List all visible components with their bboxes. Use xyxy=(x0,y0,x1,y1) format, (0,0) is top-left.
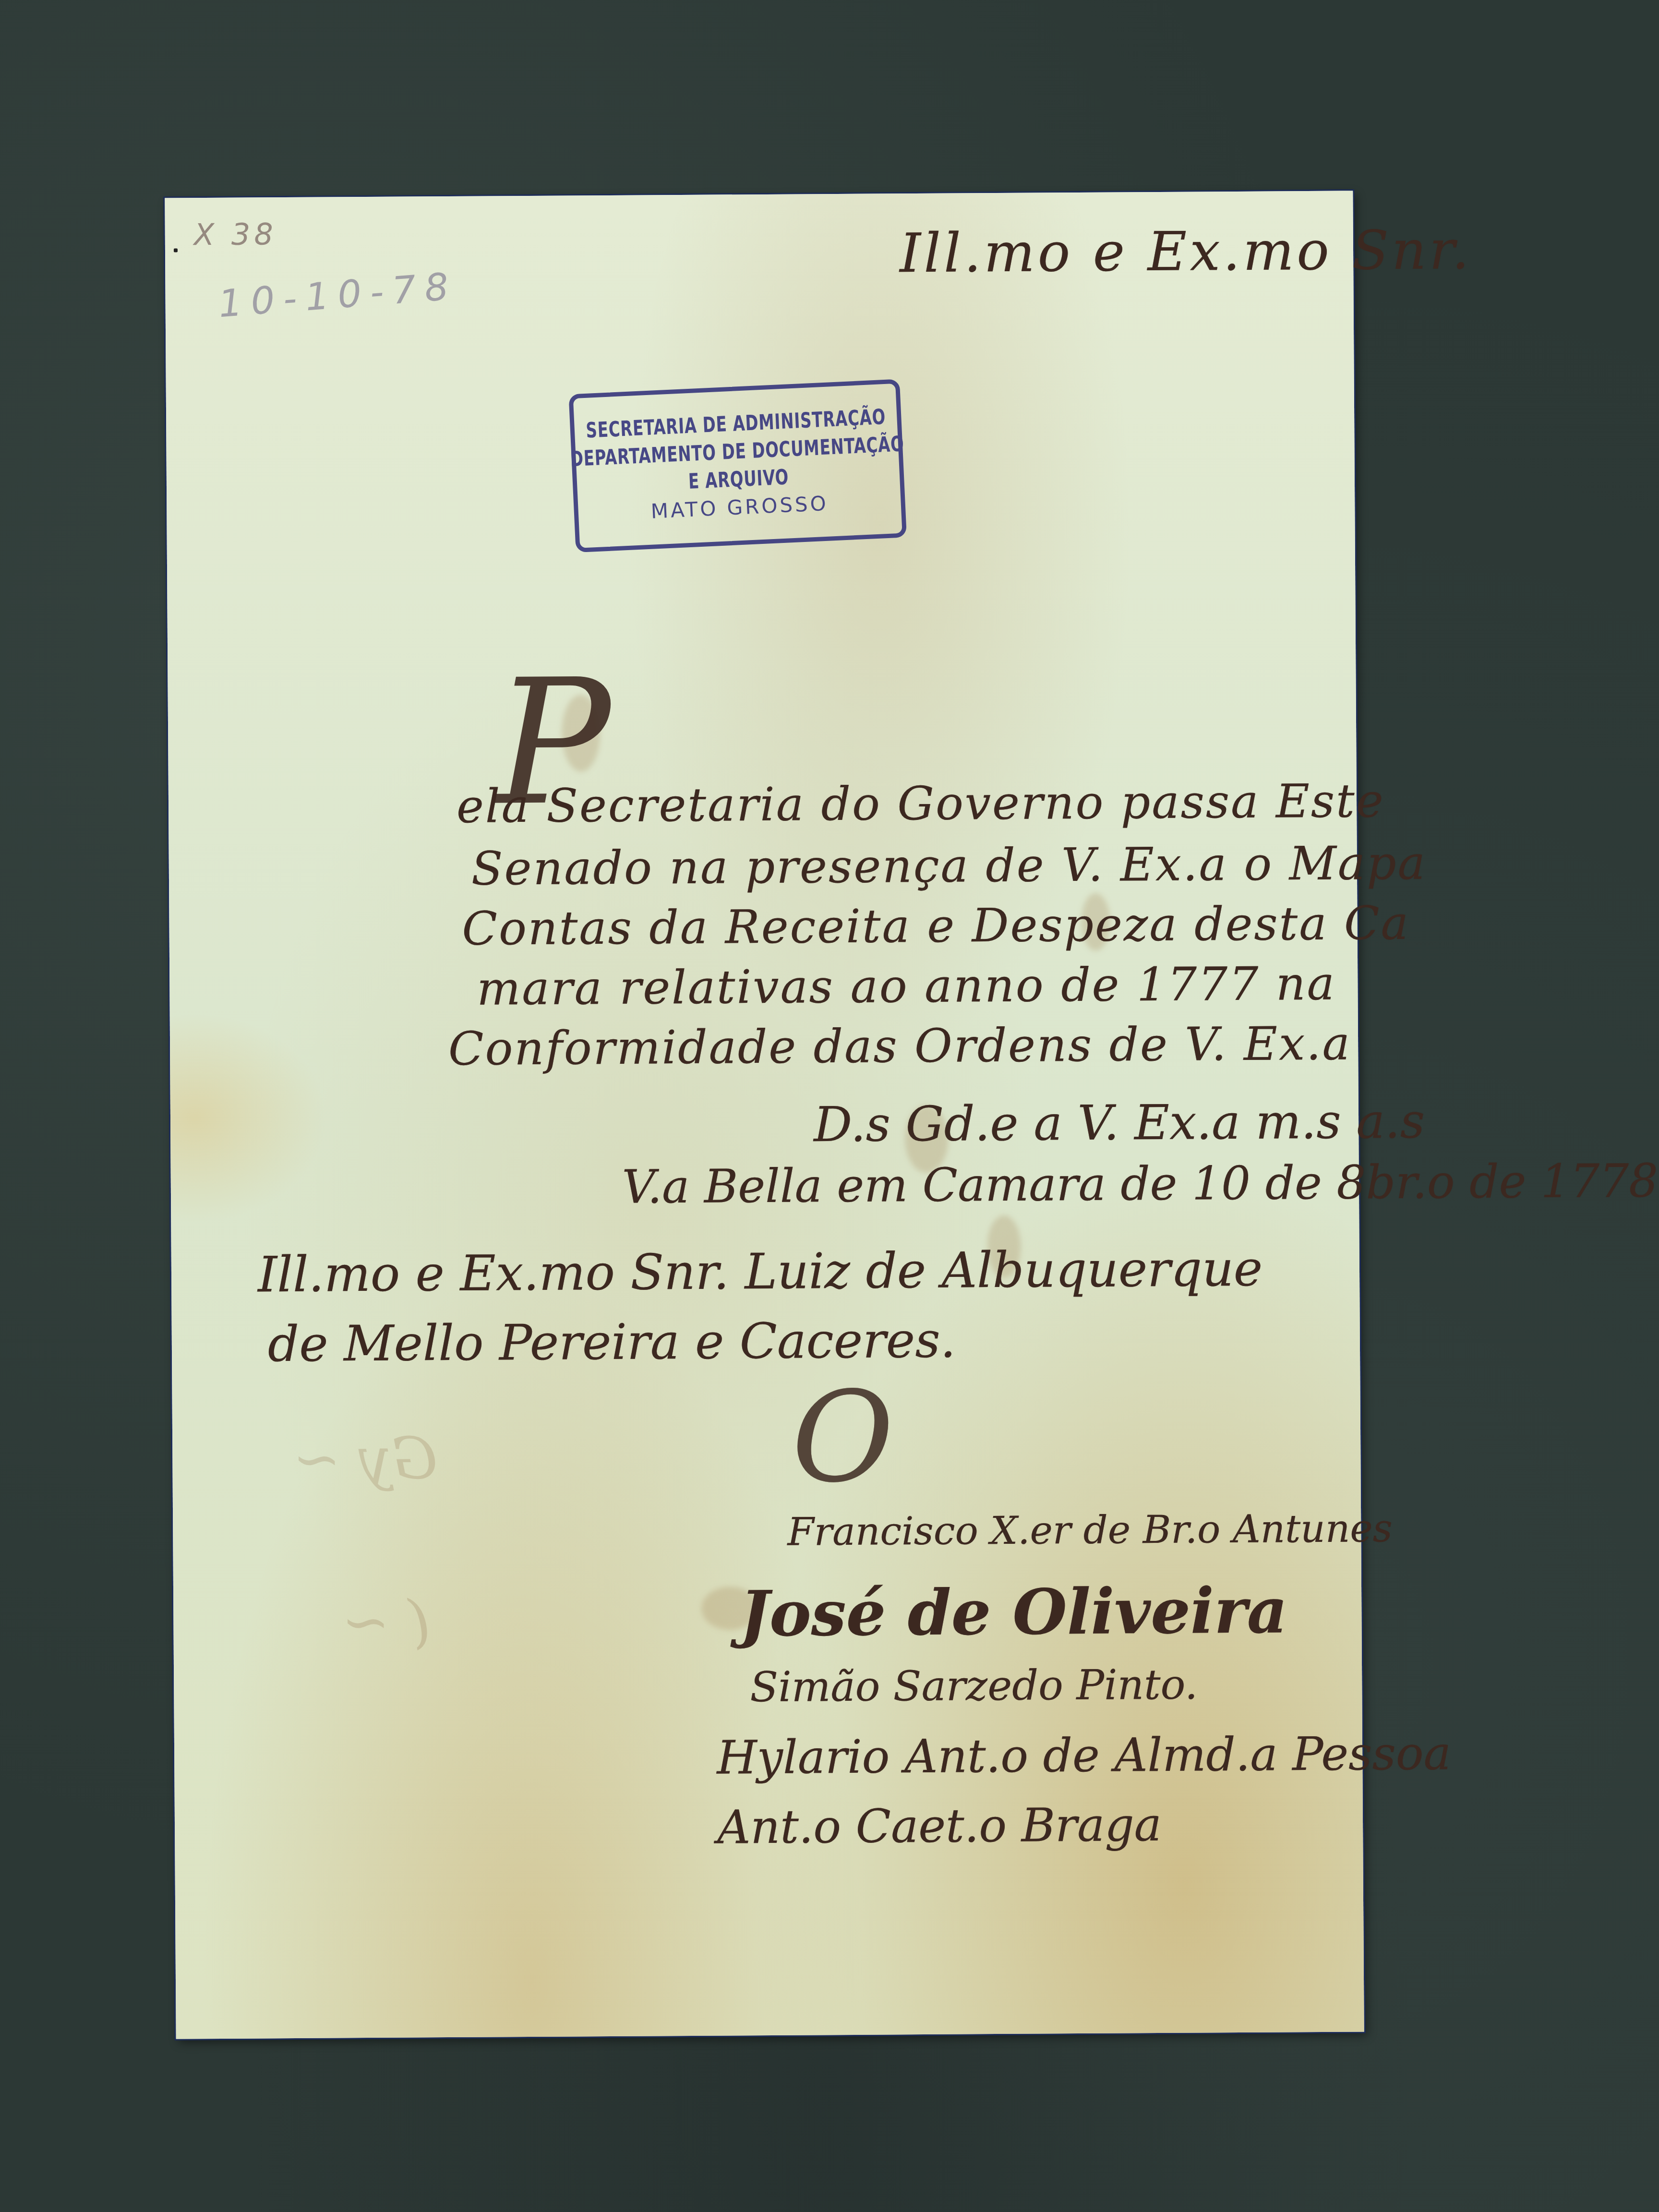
salutation: Ill.mo e Ex.mo Snr. xyxy=(900,219,1472,285)
body-line: Contas da Receita e Despeza desta Ca xyxy=(462,896,1410,956)
dateline: V.a Bella em Camara de 10 de 8br.o de 17… xyxy=(622,1154,1659,1214)
addressee-line: de Mello Pereira e Caceres. xyxy=(268,1312,956,1373)
signature: Francisco X.er de Br.o Antunes xyxy=(787,1506,1393,1554)
archival-date-note: 10-10-78 xyxy=(217,265,458,326)
signature-flourish: O xyxy=(791,1365,894,1510)
signature: Simão Sarzedo Pinto. xyxy=(750,1661,1198,1712)
body-line: Senado na presença de V. Ex.a o Mapa xyxy=(471,836,1427,896)
body-line: mara relativas ao anno de 1777 na xyxy=(477,957,1336,1016)
body-line: ela Secretaria do Governo passa Este xyxy=(457,774,1385,833)
ink-mark xyxy=(174,248,178,252)
bleed-through-text: ( ~ xyxy=(341,1588,431,1656)
document-sheet: X 38 10-10-78 Ill.mo e Ex.mo Snr. SECRET… xyxy=(165,191,1364,2039)
body-line: Conformidade das Ordens de V. Ex.a xyxy=(448,1017,1351,1076)
stamp-line-4: MATO GROSSO xyxy=(650,490,829,526)
signature: Hylario Ant.o de Almd.a Pessoa xyxy=(717,1726,1451,1784)
archive-stamp: SECRETARIA DE ADMINISTRAÇÃO DEPARTAMENTO… xyxy=(568,379,907,553)
addressee-line: Ill.mo e Ex.mo Snr. Luiz de Albuquerque xyxy=(258,1240,1263,1304)
archival-reference-note: X 38 xyxy=(194,216,277,252)
closing-formula: D.s Gd.e a V. Ex.a m.s a.s xyxy=(814,1093,1425,1153)
signature: José de Oliveira xyxy=(740,1574,1288,1650)
signature: Ant.o Caet.o Braga xyxy=(717,1798,1162,1854)
stamp-line-3: E ARQUIVO xyxy=(687,463,789,496)
bleed-through-text: Gy ~ xyxy=(292,1425,438,1493)
